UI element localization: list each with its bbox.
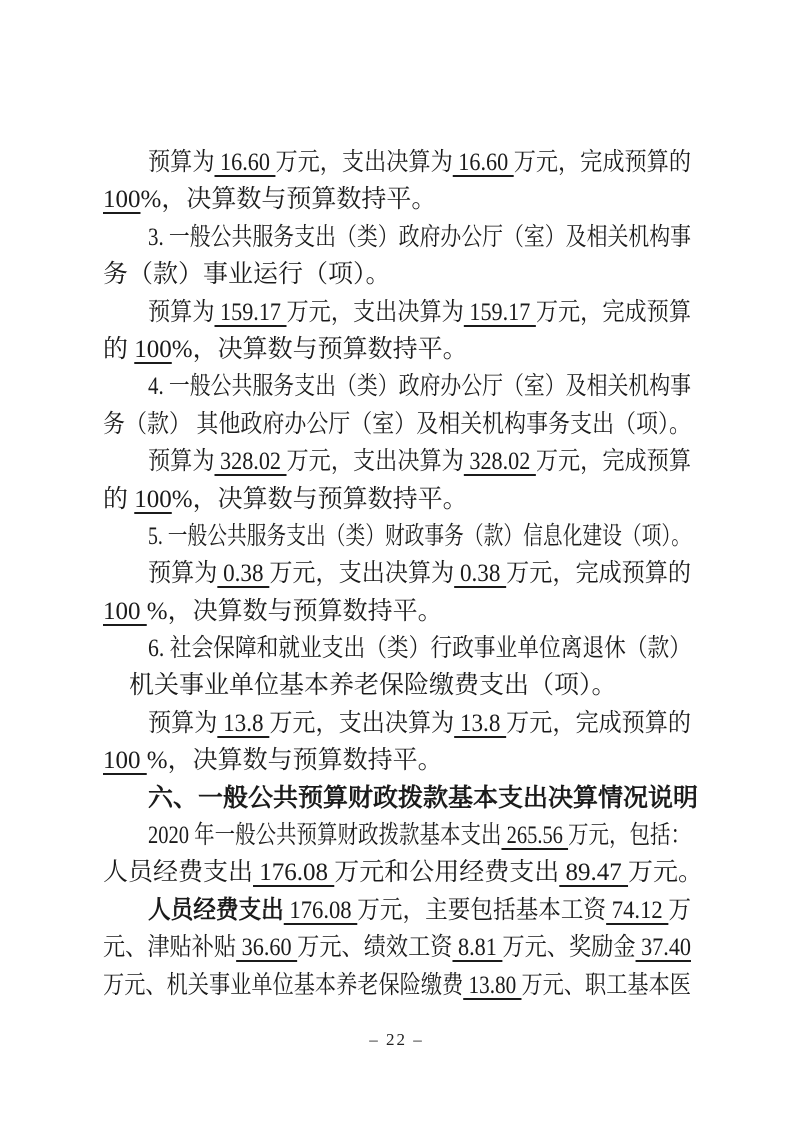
text-line: 预算为 16.60 万元，支出决算为 16.60 万元，完成预算的 — [103, 144, 691, 181]
text-run: 万 — [668, 897, 691, 924]
text-line: 100%，决算数与预算数持平。 — [103, 181, 691, 218]
text-run: 万元，支出决算为 — [287, 299, 464, 326]
underlined-value: 89.47 — [559, 859, 628, 886]
page-number: – 22 – — [369, 1030, 424, 1049]
text-run: 万元和公用经费支出 — [334, 859, 559, 886]
underlined-value: 16.60 — [453, 149, 514, 176]
text-run: 万元、机关事业单位基本养老保险缴费 — [103, 972, 463, 999]
text-run: 万元，包括： — [568, 822, 691, 849]
text-run: 万元，支出决算为 — [275, 149, 452, 176]
underlined-value: 37.40 — [636, 934, 691, 961]
text-line: 机关事业单位基本养老保险缴费支出（项）。 — [103, 667, 691, 704]
underlined-value: 176.08 — [284, 897, 358, 924]
text-line: 务（款） 其他政府办公厅（室）及相关机构事务支出（项）。 — [103, 406, 691, 443]
underlined-value: 36.60 — [236, 934, 297, 961]
text-line-content: 4. 一般公共服务支出（类）政府办公厅（室）及相关机构事 — [148, 368, 691, 405]
text-line: 预算为 0.38 万元，支出决算为 0.38 万元，完成预算的 — [103, 555, 691, 592]
text-run: 预算为 — [148, 448, 214, 475]
underlined-value: 13.8 — [454, 710, 506, 737]
text-line-content: 元、津贴补贴 36.60 万元、绩效工资 8.81 万元、奖励金 37.40 — [103, 929, 691, 966]
text-run: 万元、奖励金 — [502, 934, 635, 961]
text-line-content: 2020 年一般公共预算财政拨款基本支出 265.56 万元，包括： — [148, 817, 691, 854]
text-run: 万元，完成预算 — [536, 299, 691, 326]
text-run: 2020 年一般公共预算财政拨款基本支出 — [148, 822, 501, 849]
text-run: 元、津贴补贴 — [103, 934, 236, 961]
text-line-content: 六、一般公共预算财政拨款基本支出决算情况说明 — [148, 780, 698, 817]
text-run: 万元，完成预算的 — [506, 560, 691, 587]
text-line: 人员经费支出 176.08 万元，主要包括基本工资 74.12 万 — [103, 892, 691, 929]
text-line-content: 预算为 159.17 万元，支出决算为 159.17 万元，完成预算 — [148, 294, 691, 331]
text-run: 务（款）事业运行（项）。 — [103, 261, 391, 288]
text-line-content: 万元、机关事业单位基本养老保险缴费 13.80 万元、职工基本医 — [103, 967, 691, 1004]
text-line: 的 100%，决算数与预算数持平。 — [103, 481, 691, 518]
text-run: 万元、绩效工资 — [297, 934, 452, 961]
text-line: 5. 一般公共服务支出（类）财政事务（款）信息化建设（项）。 — [103, 518, 691, 555]
text-line: 预算为 13.8 万元，支出决算为 13.8 万元，完成预算的 — [103, 705, 691, 742]
text-line-content: 务（款） 其他政府办公厅（室）及相关机构事务支出（项）。 — [103, 406, 691, 443]
underlined-value: 100 — [103, 747, 147, 774]
text-run: 万元，主要包括基本工资 — [357, 897, 606, 924]
text-run: 3. 一般公共服务支出（类）政府办公厅（室）及相关机构事 — [148, 224, 691, 251]
text-line-content: 人员经费支出 176.08 万元，主要包括基本工资 74.12 万 — [148, 892, 691, 929]
text-line: 预算为 328.02 万元，支出决算为 328.02 万元，完成预算 — [103, 443, 691, 480]
text-line: 100 %，决算数与预算数持平。 — [103, 593, 691, 630]
text-line: 4. 一般公共服务支出（类）政府办公厅（室）及相关机构事 — [103, 368, 691, 405]
text-line: 万元、机关事业单位基本养老保险缴费 13.80 万元、职工基本医 — [103, 967, 691, 1004]
underlined-value: 13.8 — [217, 710, 269, 737]
text-run: 预算为 — [148, 560, 217, 587]
text-line-content: 5. 一般公共服务支出（类）财政事务（款）信息化建设（项）。 — [148, 518, 691, 555]
text-line: 预算为 159.17 万元，支出决算为 159.17 万元，完成预算 — [103, 294, 691, 331]
page-footer: – 22 – — [0, 1030, 793, 1050]
text-line-content: 预算为 13.8 万元，支出决算为 13.8 万元，完成预算的 — [148, 705, 691, 742]
text-run: %，决算数与预算数持平。 — [172, 486, 468, 513]
text-line: 6. 社会保障和就业支出（类）行政事业单位离退休（款） — [103, 630, 691, 667]
text-run: 的 — [103, 336, 134, 363]
text-run: 的 — [103, 486, 134, 513]
text-line-content: 务（款）事业运行（项）。 — [103, 256, 391, 293]
text-line: 2020 年一般公共预算财政拨款基本支出 265.56 万元，包括： — [103, 817, 691, 854]
underlined-value: 100 — [134, 336, 172, 363]
text-run: 5. 一般公共服务支出（类）财政事务（款）信息化建设（项）。 — [148, 523, 691, 550]
text-run: 预算为 — [148, 710, 217, 737]
underlined-value: 13.80 — [463, 972, 521, 999]
underlined-value: 328.02 — [214, 448, 286, 475]
text-run: 机关事业单位基本养老保险缴费支出（项）。 — [129, 672, 617, 699]
text-line-content: 预算为 16.60 万元，支出决算为 16.60 万元，完成预算的 — [148, 144, 691, 181]
underlined-value: 100 — [134, 486, 172, 513]
text-run: %，决算数与预算数持平。 — [141, 186, 437, 213]
text-run: 万元，完成预算 — [536, 448, 691, 475]
text-line: 六、一般公共预算财政拨款基本支出决算情况说明 — [103, 780, 691, 817]
text-line-content: 100 %，决算数与预算数持平。 — [103, 742, 443, 779]
text-run: 预算为 — [148, 299, 214, 326]
text-line: 元、津贴补贴 36.60 万元、绩效工资 8.81 万元、奖励金 37.40 — [103, 929, 691, 966]
text-run: 6. 社会保障和就业支出（类）行政事业单位离退休（款） — [148, 635, 691, 662]
text-line-content: 的 100%，决算数与预算数持平。 — [103, 331, 468, 368]
text-run: %，决算数与预算数持平。 — [147, 747, 443, 774]
text-run: 预算为 — [148, 149, 214, 176]
text-run: 六、一般公共预算财政拨款基本支出决算情况说明 — [148, 784, 698, 812]
text-run: 万元、职工基本医 — [521, 972, 691, 999]
text-run: 4. 一般公共服务支出（类）政府办公厅（室）及相关机构事 — [148, 373, 691, 400]
text-line-content: 预算为 0.38 万元，支出决算为 0.38 万元，完成预算的 — [148, 555, 691, 592]
underlined-value: 159.17 — [214, 299, 286, 326]
text-run: %，决算数与预算数持平。 — [172, 336, 468, 363]
text-run: 人员经费支出 — [103, 859, 253, 886]
underlined-value: 328.02 — [464, 448, 536, 475]
text-run: 万元，支出决算为 — [269, 560, 454, 587]
text-run: 万元。 — [628, 859, 703, 886]
text-line-content: 人员经费支出 176.08 万元和公用经费支出 89.47 万元。 — [103, 854, 703, 891]
text-line: 人员经费支出 176.08 万元和公用经费支出 89.47 万元。 — [103, 854, 691, 891]
text-run: 万元，支出决算为 — [269, 710, 454, 737]
underlined-value: 8.81 — [452, 934, 502, 961]
text-line: 3. 一般公共服务支出（类）政府办公厅（室）及相关机构事 — [103, 219, 691, 256]
underlined-value: 176.08 — [253, 859, 334, 886]
text-line-content: 预算为 328.02 万元，支出决算为 328.02 万元，完成预算 — [148, 443, 691, 480]
text-run: 万元，支出决算为 — [287, 448, 464, 475]
text-line-content: 6. 社会保障和就业支出（类）行政事业单位离退休（款） — [148, 630, 691, 667]
underlined-value: 0.38 — [217, 560, 269, 587]
text-line-content: 的 100%，决算数与预算数持平。 — [103, 481, 468, 518]
bold-label: 人员经费支出 — [148, 897, 284, 924]
underlined-value: 265.56 — [501, 822, 568, 849]
text-line-content: 机关事业单位基本养老保险缴费支出（项）。 — [129, 667, 617, 704]
underlined-value: 0.38 — [454, 560, 506, 587]
document-page: 预算为 16.60 万元，支出决算为 16.60 万元，完成预算的100%，决算… — [0, 0, 793, 1122]
text-line: 100 %，决算数与预算数持平。 — [103, 742, 691, 779]
text-line-content: 100 %，决算数与预算数持平。 — [103, 593, 443, 630]
underlined-value: 16.60 — [214, 149, 275, 176]
underlined-value: 74.12 — [606, 897, 668, 924]
underlined-value: 159.17 — [464, 299, 536, 326]
document-body: 预算为 16.60 万元，支出决算为 16.60 万元，完成预算的100%，决算… — [103, 144, 691, 1004]
underlined-value: 100 — [103, 186, 141, 213]
text-run: 万元，完成预算的 — [514, 149, 691, 176]
text-run: %，决算数与预算数持平。 — [147, 598, 443, 625]
text-run: 务（款） 其他政府办公厅（室）及相关机构事务支出（项）。 — [103, 411, 691, 438]
text-run: 万元，完成预算的 — [506, 710, 691, 737]
text-line-content: 3. 一般公共服务支出（类）政府办公厅（室）及相关机构事 — [148, 219, 691, 256]
text-line: 的 100%，决算数与预算数持平。 — [103, 331, 691, 368]
text-line-content: 100%，决算数与预算数持平。 — [103, 181, 436, 218]
underlined-value: 100 — [103, 598, 147, 625]
text-line: 务（款）事业运行（项）。 — [103, 256, 691, 293]
